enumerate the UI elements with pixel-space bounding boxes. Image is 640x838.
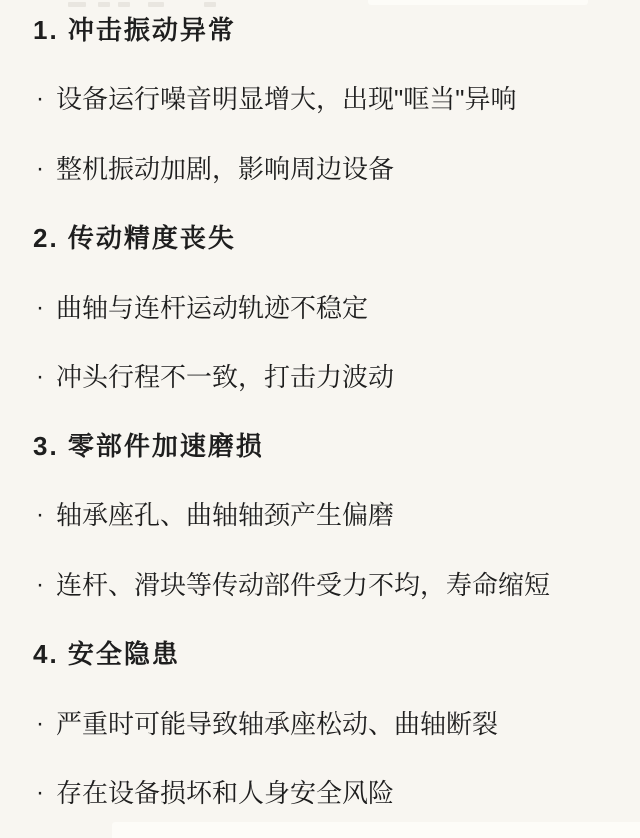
list-item: · 冲头行程不一致，打击力波动 — [0, 363, 620, 391]
document-page: { "theme": { "background_color": "#f8f6f… — [0, 0, 640, 838]
section-heading-1: 1. 冲击振动异常 — [0, 16, 620, 44]
bullet-dot-icon: · — [36, 710, 56, 738]
bullet-dot-icon: · — [36, 571, 56, 599]
bullet-dot-icon: · — [36, 363, 56, 391]
list-item-text: 整机振动加剧，影响周边设备 — [56, 155, 394, 183]
list-item: · 存在设备损坏和人身安全风险 — [0, 779, 620, 807]
list-item-text: 设备运行噪音明显增大，出现"哐当"异响 — [56, 85, 516, 113]
list-item-text: 冲头行程不一致，打击力波动 — [56, 363, 394, 391]
failure-symptoms-list: 1. 冲击振动异常 · 设备运行噪音明显增大，出现"哐当"异响 · 整机振动加剧… — [0, 0, 640, 838]
section-heading-3: 3. 零部件加速磨损 — [0, 432, 620, 460]
list-item: · 连杆、滑块等传动部件受力不均，寿命缩短 — [0, 571, 620, 599]
bullet-dot-icon: · — [36, 155, 56, 183]
bullet-dot-icon: · — [36, 294, 56, 322]
clipped-glyph-fragments — [68, 2, 228, 8]
list-item-text: 严重时可能导致轴承座松动、曲轴断裂 — [56, 710, 498, 738]
list-item: · 曲轴与连杆运动轨迹不稳定 — [0, 294, 620, 322]
list-item: · 严重时可能导致轴承座松动、曲轴断裂 — [0, 710, 620, 738]
bullet-dot-icon: · — [36, 501, 56, 529]
list-item: · 整机振动加剧，影响周边设备 — [0, 155, 620, 183]
list-item-text: 连杆、滑块等传动部件受力不均，寿命缩短 — [56, 571, 550, 599]
bottom-edge-crop-strip — [112, 822, 640, 838]
list-item: · 设备运行噪音明显增大，出现"哐当"异响 — [0, 85, 620, 113]
section-heading-2: 2. 传动精度丧失 — [0, 224, 620, 252]
list-item-text: 曲轴与连杆运动轨迹不稳定 — [56, 294, 368, 322]
bullet-dot-icon: · — [36, 85, 56, 113]
section-heading-4: 4. 安全隐患 — [0, 640, 620, 668]
top-edge-crop-strip — [368, 0, 588, 5]
list-item: · 轴承座孔、曲轴轴颈产生偏磨 — [0, 501, 620, 529]
bullet-dot-icon: · — [36, 779, 56, 807]
list-item-text: 存在设备损坏和人身安全风险 — [56, 779, 394, 807]
list-item-text: 轴承座孔、曲轴轴颈产生偏磨 — [56, 501, 394, 529]
